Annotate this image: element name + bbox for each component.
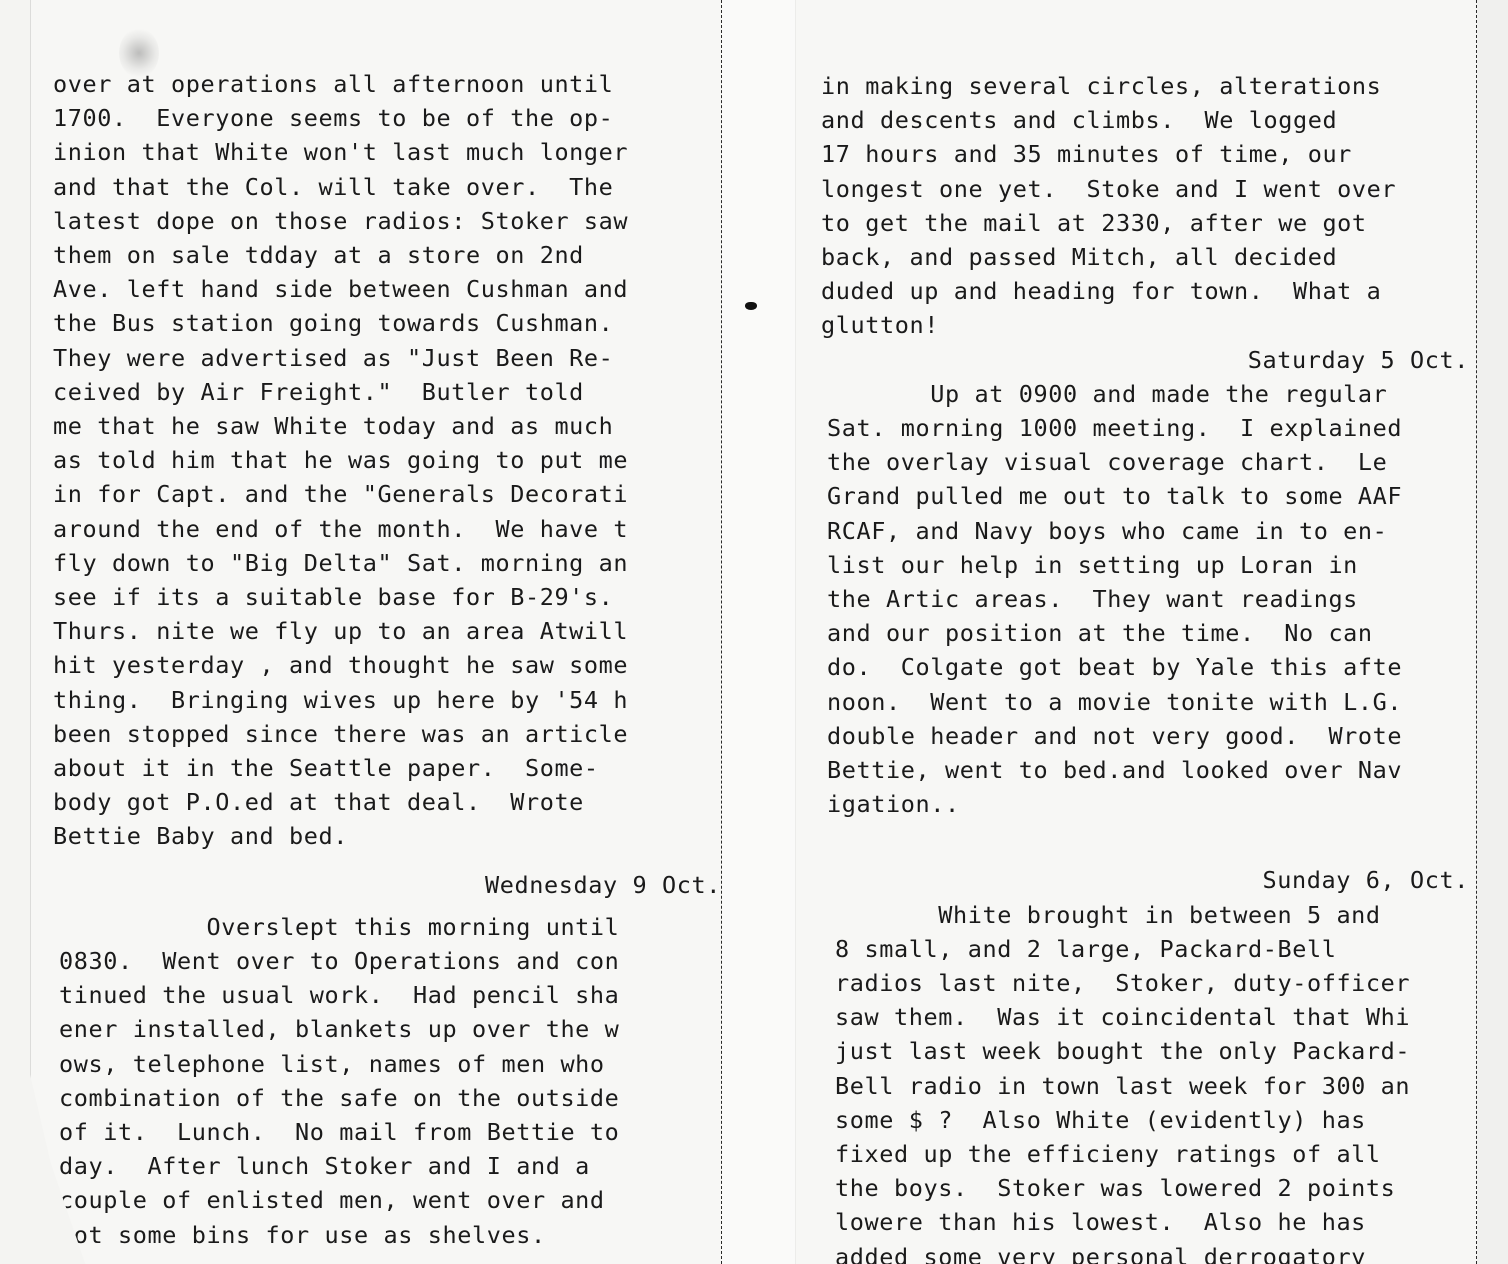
text-line: fixed up the efficieny ratings of all — [835, 1140, 1381, 1168]
text-line: see if its a suitable base for B-29's. — [53, 583, 613, 611]
page-gutter — [722, 0, 795, 1264]
text-line: and descents and climbs. We logged — [821, 106, 1337, 134]
text-line: Bettie Baby and bed. — [53, 822, 348, 850]
text-line: the overlay visual coverage chart. Le — [827, 448, 1387, 476]
text-line: Ave. left hand side between Cushman and — [53, 275, 628, 303]
text-line: 0830. Went over to Operations and con — [59, 947, 619, 975]
text-line: the Bus station going towards Cushman. — [53, 309, 613, 337]
text-line: in making several circles, alterations — [821, 72, 1381, 100]
text-line: 17 hours and 35 minutes of time, our — [821, 140, 1352, 168]
text-line: ows, telephone list, names of men who — [59, 1050, 605, 1078]
text-line: thing. Bringing wives up here by '54 h — [53, 686, 628, 714]
entry-date: Saturday 5 Oct. — [1248, 346, 1469, 374]
text-line: Bell radio in town last week for 300 an — [835, 1072, 1410, 1100]
text-line: couple of enlisted men, went over and — [59, 1186, 605, 1214]
entry-date: Wednesday 9 Oct. — [485, 871, 721, 899]
ink-mark — [745, 302, 757, 310]
text-line: double header and not very good. Wrote — [827, 722, 1402, 750]
text-line: RCAF, and Navy boys who came in to en- — [827, 517, 1387, 545]
text-line: radios last nite, Stoker, duty-officer — [835, 969, 1410, 997]
text-line: added some very personal derrogatory — [835, 1243, 1366, 1264]
text-line: just last week bought the only Packard- — [835, 1037, 1410, 1065]
text-line: igation.. — [827, 790, 960, 818]
text-line: and that the Col. will take over. The — [53, 173, 613, 201]
text-line: combination of the safe on the outside — [59, 1084, 619, 1112]
text-line: glutton! — [821, 311, 939, 339]
text-line: inion that White won't last much longer — [53, 138, 628, 166]
text-line: back, and passed Mitch, all decided — [821, 243, 1337, 271]
text-line: do. Colgate got beat by Yale this afte — [827, 653, 1402, 681]
text-line: Bettie, went to bed.and looked over Nav — [827, 756, 1402, 784]
text-line: around the end of the month. We have t — [53, 515, 628, 543]
text-line: White brought in between 5 and — [835, 901, 1381, 929]
text-line: Sat. morning 1000 meeting. I explained — [827, 414, 1402, 442]
text-line: ceived by Air Freight." Butler told — [53, 378, 584, 406]
text-line: saw them. Was it coincidental that Whi — [835, 1003, 1410, 1031]
text-line: body got P.O.ed at that deal. Wrote — [53, 788, 584, 816]
text-line: some $ ? Also White (evidently) has — [835, 1106, 1366, 1134]
text-line: Up at 0900 and made the regular — [827, 380, 1387, 408]
text-line: lowere than his lowest. Also he has — [835, 1208, 1366, 1236]
text-line: got some bins for use as shelves. — [59, 1221, 546, 1249]
scanned-document: over at operations all afternoon until17… — [0, 0, 1508, 1264]
text-line: Overslept this morning until — [59, 913, 619, 941]
text-line: me that he saw White today and as much — [53, 412, 613, 440]
text-line: been stopped since there was an article — [53, 720, 628, 748]
left-page: over at operations all afternoon until17… — [30, 0, 722, 1264]
text-line: to get the mail at 2330, after we got — [821, 209, 1367, 237]
text-line: 1700. Everyone seems to be of the op- — [53, 104, 613, 132]
text-line: the Artic areas. They want readings — [827, 585, 1358, 613]
text-line: longest one yet. Stoke and I went over — [821, 175, 1396, 203]
text-line: as told him that he was going to put me — [53, 446, 628, 474]
text-line: noon. Went to a movie tonite with L.G. — [827, 688, 1402, 716]
text-line: Grand pulled me out to talk to some AAF — [827, 482, 1402, 510]
text-line: about it in the Seattle paper. Some- — [53, 754, 599, 782]
text-line: hit yesterday , and thought he saw some — [53, 651, 628, 679]
text-line: of it. Lunch. No mail from Bettie to — [59, 1118, 619, 1146]
text-line: fly down to "Big Delta" Sat. morning an — [53, 549, 628, 577]
text-line: duded up and heading for town. What a — [821, 277, 1381, 305]
text-line: latest dope on those radios: Stoker saw — [53, 207, 628, 235]
text-line: tinued the usual work. Had pencil sha — [59, 981, 619, 1009]
scan-margin — [1477, 0, 1508, 1264]
text-line: ener installed, blankets up over the w — [59, 1015, 619, 1043]
right-page: in making several circles, alterationsan… — [795, 0, 1477, 1264]
text-line: 8 small, and 2 large, Packard-Bell — [835, 935, 1336, 963]
text-line: list our help in setting up Loran in — [827, 551, 1358, 579]
text-line: day. After lunch Stoker and I and a — [59, 1152, 590, 1180]
entry-date: Sunday 6, Oct. — [1263, 866, 1469, 894]
text-line: them on sale tdday at a store on 2nd — [53, 241, 584, 269]
text-line: They were advertised as "Just Been Re- — [53, 344, 613, 372]
text-line: and our position at the time. No can — [827, 619, 1373, 647]
text-line: the boys. Stoker was lowered 2 points — [835, 1174, 1395, 1202]
text-line: Thurs. nite we fly up to an area Atwill — [53, 617, 628, 645]
text-line: over at operations all afternoon until — [53, 70, 613, 98]
text-line: in for Capt. and the "Generals Decorati — [53, 480, 628, 508]
